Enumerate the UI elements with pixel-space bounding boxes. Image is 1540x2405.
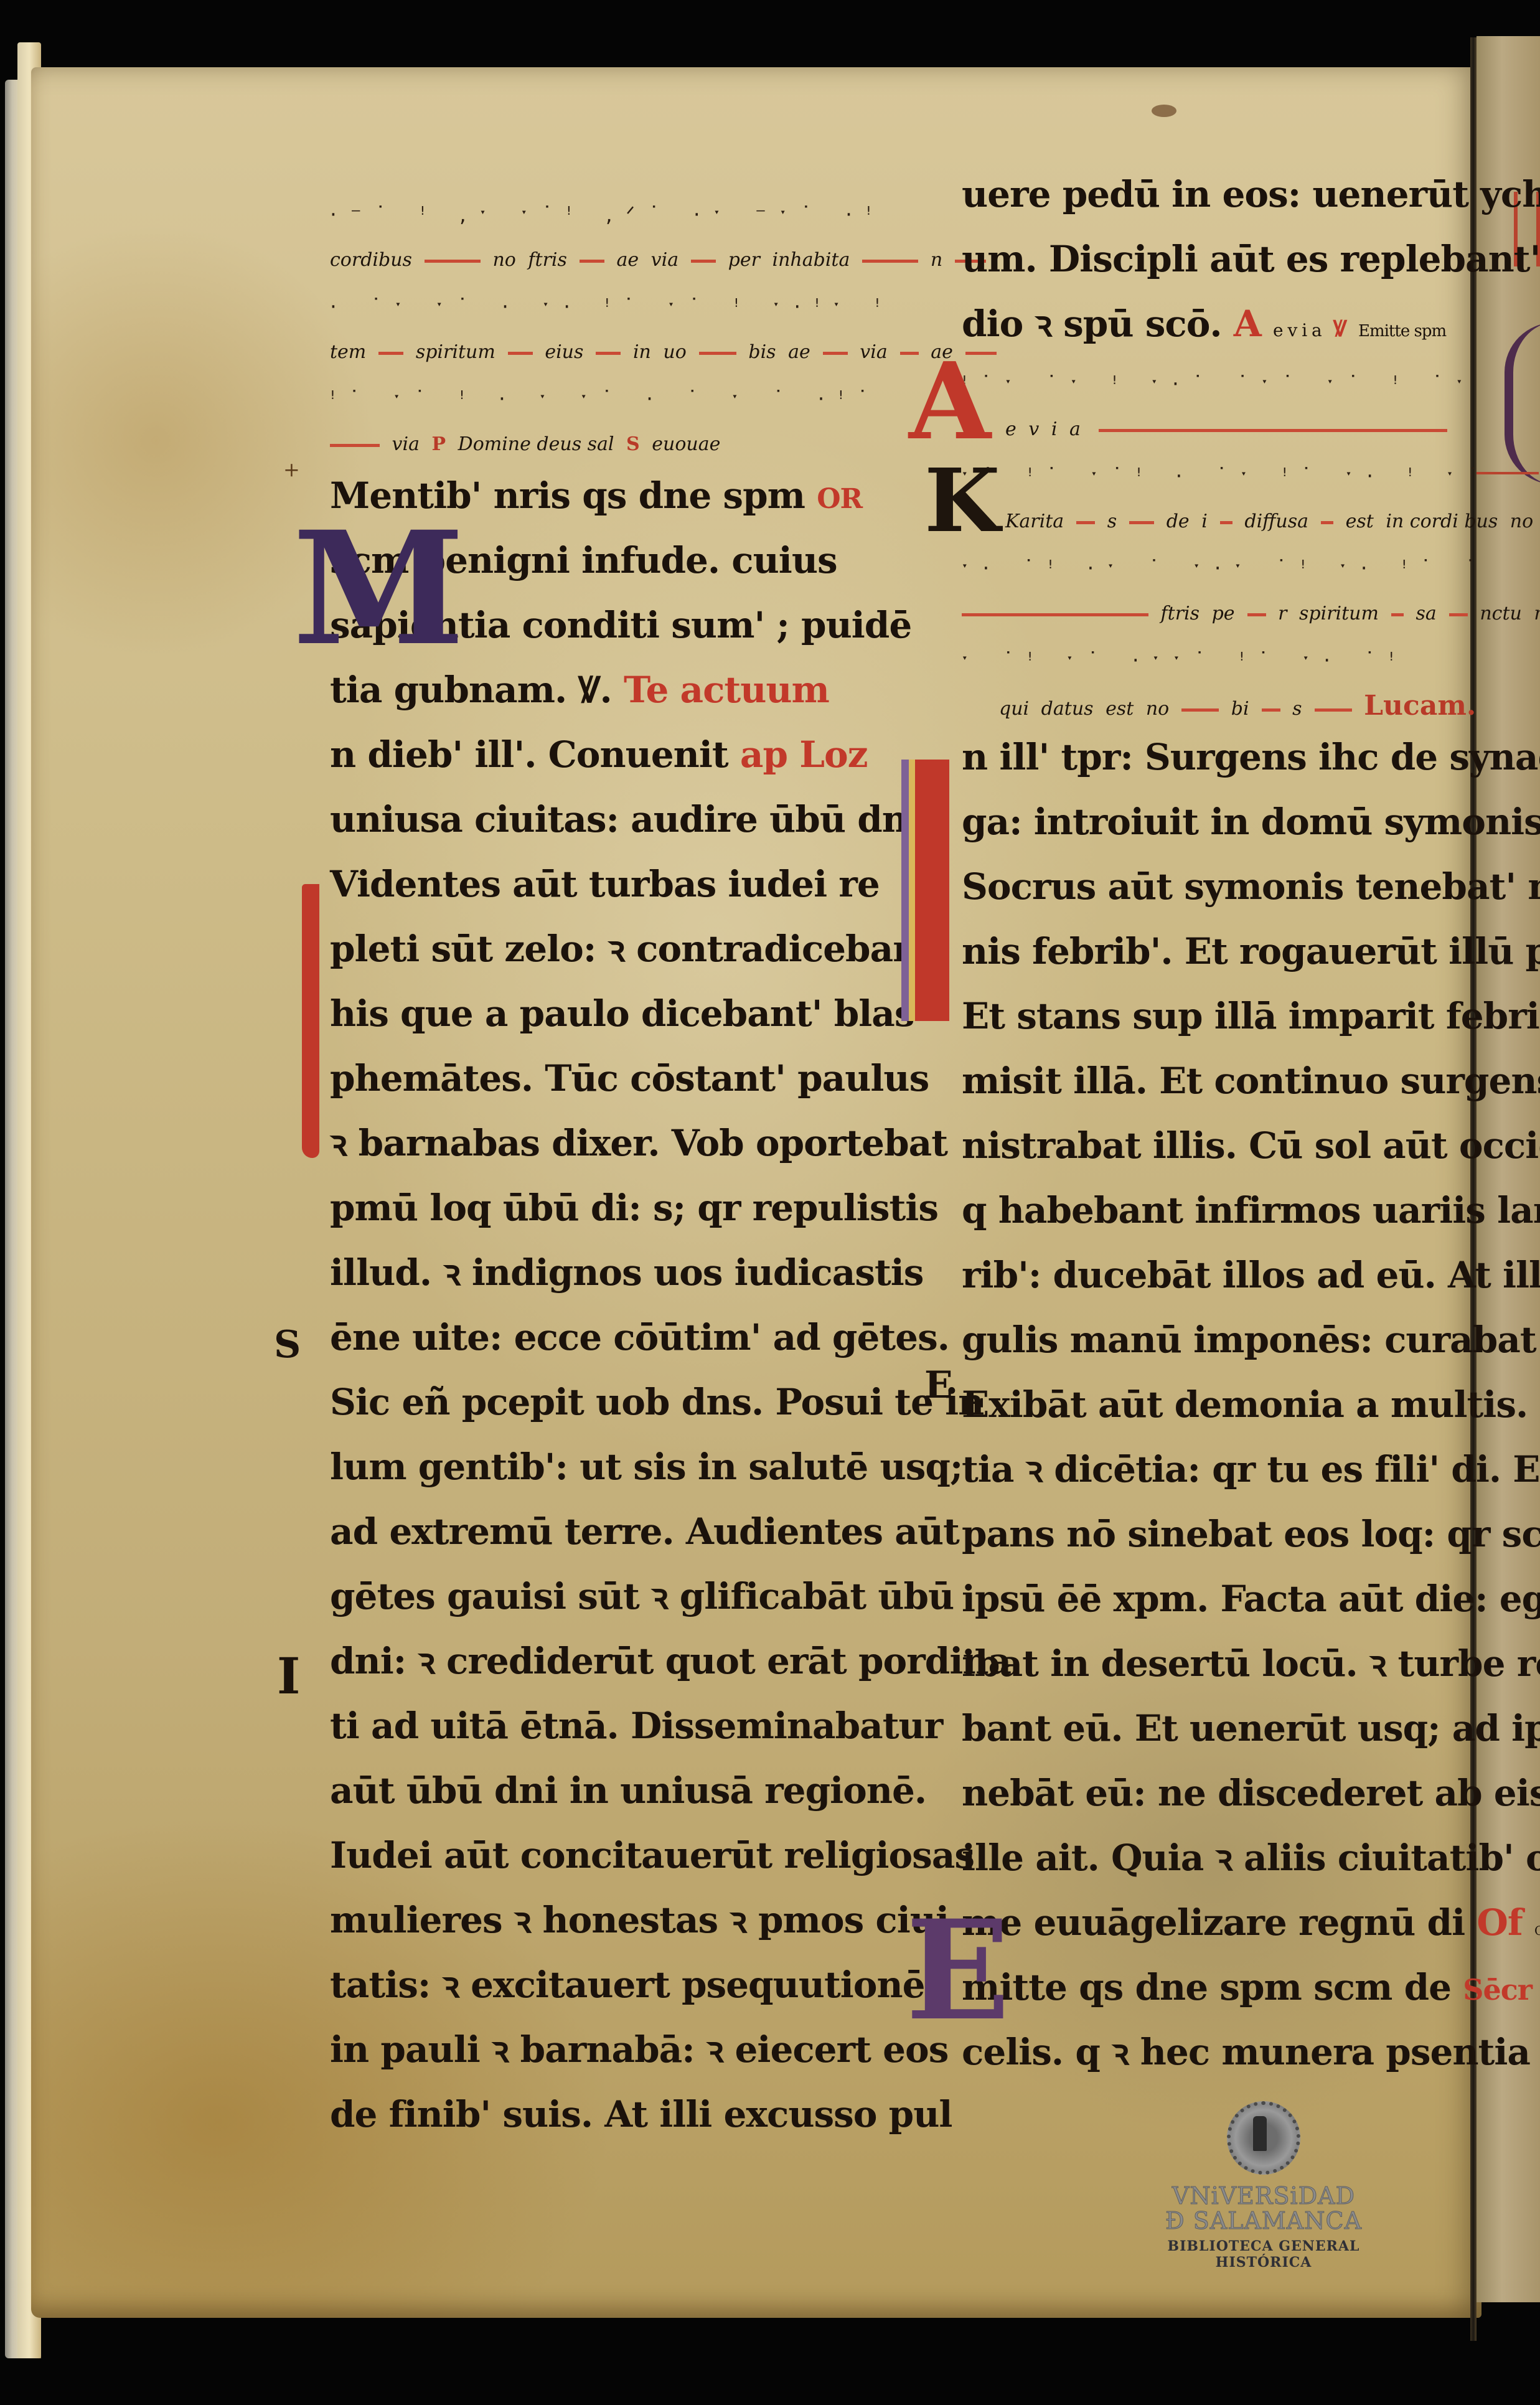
text-line: aūt ūbū dni in uniusā regionē. [330, 1758, 903, 1823]
adjacent-initial-purple [1505, 322, 1540, 484]
text-line: Videntes aūt turbas iudei re [330, 852, 903, 916]
initial-i-red [302, 884, 319, 1158]
text-line: gētes gauisi sūt ꝛ glificabāt ūbū [330, 1564, 903, 1629]
text-line: Socrus aūt symonis tenebat' mag [962, 854, 1478, 919]
neume-staff: ˑ˙ ꜝ˙ ˑ˙ꜝ · ˙ˑ ꜝ˙ ˑ· ꜝ ˑ˙ˑ [962, 448, 1478, 504]
text-line: uniusa ciuitas: audire ūbū dni. [330, 787, 903, 852]
text-line: Exibāt aūt demonia a multis. clamā [962, 1372, 1478, 1437]
neume-staff: ꜝ˙ˑ ˙ˑ ꜝ ˑ·˙ ˙ˑ˙ ˑ˙ ꜝ ˙ˑ ··ˑˑ [962, 356, 1478, 412]
initial-e: E [924, 1363, 953, 1407]
chant-line: ftris pe r spiritum sa nctu m [962, 599, 1478, 629]
text-line: uere pedū in eos: uenerūt ychoni [962, 162, 1478, 227]
text-line: ga: introiuit in domū symonis. [962, 789, 1478, 854]
text-line: Iudei aūt concitauerūt religiosas [330, 1823, 903, 1888]
text-line: nistrabat illis. Cū sol aūt occidisset. … [962, 1113, 1478, 1178]
initial-k: K [924, 458, 1000, 545]
text-line: rib': ducebāt illos ad eū. At ille sin [962, 1243, 1478, 1307]
right-column: uere pedū in eos: uenerūt ychoni um. Dis… [962, 162, 1478, 2084]
lection-text: Mentib' nris qs dne spm OR scm benigni i… [330, 463, 903, 2147]
text-line: dni: ꝛ crediderūt quot erāt pordina [330, 1629, 903, 1693]
adjacent-folio [1477, 36, 1540, 2302]
text-line: um. Discipli aūt es replebant' gau [962, 227, 1478, 291]
adjacent-ruling [1477, 472, 1539, 474]
text-line: ti ad uitā ētnā. Disseminabatur [330, 1693, 903, 1758]
text-line: dio ꝛ spū scō. A e v i a Ꝟ Emitte spm [962, 291, 1478, 356]
text-line: Et stans sup illā imparit febri: ꝛ di [962, 984, 1478, 1048]
chant-line: e v i a [962, 415, 1478, 445]
text-line: mitte qs dne spm scm de Sēcr [962, 1955, 1478, 2020]
initial-a-red: A [909, 349, 991, 454]
chant-line: Karita s de i diffusa est in cordi bus n… [962, 507, 1478, 537]
text-line: ad extremū terre. Audientes aūt [330, 1499, 903, 1564]
text-line: mulieres ꝛ honestas ꝛ pmos ciui [330, 1888, 903, 1952]
chant-line: qui datus est no bi s Lucam. [962, 691, 1478, 721]
initial-i-black: I [277, 1647, 300, 1705]
text-line: n ill' tpr: Surgens ihc de synago [962, 725, 1478, 789]
text-line: ibat in desertū locū. ꝛ turbe requi [962, 1631, 1478, 1696]
university-seal-icon [1227, 2101, 1300, 2175]
neume-staff: ·⁻˙ ꜝ ,ˑ ˑ˙ꜝ ,ᐟ˙ ·ˑ ⁻ˑ˙ ·ꜝ ˑ˙ ˙ꜝ [330, 187, 903, 243]
text-line: in pauli ꝛ barnabā: ꝛ eiecert eos [330, 2017, 903, 2082]
chant-line: cordibus no ftris ae via per inhabita n [330, 245, 903, 275]
text-line: nebāt eū: ne discederet ab eis. Quib' [962, 1761, 1478, 1825]
text-line: ipsū ēē xpm. Facta aūt die: egressus [962, 1566, 1478, 1631]
text-line: me euuāgelizare regnū di Of Confirma hoc [962, 1890, 1478, 1955]
neume-staff: · ˙ˑ ˑ˙ · ˑ· ꜝ˙ ˑ˙ ꜝ ˑ·ꜝˑ ꜝ ˑ·ˑ [330, 279, 903, 335]
watermark-library: BIBLIOTECA GENERAL HISTÓRICA [1127, 2238, 1401, 2271]
library-watermark: VNiVERSiDAD Ð SALAMANCA BIBLIOTECA GENER… [1127, 2101, 1401, 2271]
text-line: Sic eñ pcepit uob dns. Posui te in [330, 1370, 903, 1434]
text-line: ꝛ barnabas dixer. Vob oportebat [330, 1111, 903, 1175]
text-line: illud. ꝛ indignos uos iudicastis [330, 1240, 903, 1305]
initial-i-red-gold [909, 760, 949, 1021]
text-line: nis febrib'. Et rogauerūt illū pro ea. [962, 919, 1478, 984]
gospel-text: n ill' tpr: Surgens ihc de synago ga: in… [962, 725, 1478, 2084]
text-line: phemātes. Tūc cōstant' paulus [330, 1046, 903, 1111]
manuscript-viewer: + ·⁻˙ ꜝ ,ˑ ˑ˙ꜝ ,ᐟ˙ ·ˑ ⁻ˑ˙ ·ꜝ ˑ˙ ˙ꜝ cordi… [0, 0, 1540, 2405]
neume-staff: ˑ· ˙ꜝ ·ˑ ˙ ˑ·ˑ ˙ꜝ ˑ· ꜝ˙ ˙ˑ [962, 540, 1478, 596]
text-line: de finib' suis. At illi excusso pul [330, 2082, 903, 2147]
watermark-city: Ð SALAMANCA [1127, 2208, 1401, 2233]
chant-line: tem spiritum eius in uo bis ae via ae [330, 337, 903, 367]
text-line: bant eū. Et uenerūt usq; ad ipsū ꝛ deti [962, 1696, 1478, 1761]
stain [1152, 105, 1176, 117]
text-line: his que a paulo dicebant' blas [330, 981, 903, 1046]
margin-cross-mark: + [283, 458, 300, 481]
text-line: ille ait. Quia ꝛ aliis ciuitatib' opor [962, 1825, 1478, 1890]
text-line: celis. q ꝛ hec munera psentia [962, 2020, 1478, 2084]
initial-e-purple: E [906, 1902, 1010, 2039]
text-line: q habebant infirmos uariis langō [962, 1178, 1478, 1243]
text-line: gulis manū imponēs: curabat eos. [962, 1307, 1478, 1372]
initial-s: S [274, 1323, 301, 1367]
text-line: pans nō sinebat eos loq: qr sciebant [962, 1502, 1478, 1566]
text-line: pmū loq ūbū di: s; qr repulistis [330, 1175, 903, 1240]
text-line: ēne uite: ecce cōūtim' ad gētes. [330, 1305, 903, 1370]
watermark-university: VNiVERSiDAD [1127, 2183, 1401, 2208]
text-line: n dieb' ill'. Conuenit ap Loz [330, 722, 903, 787]
text-line: tia ꝛ dicētia: qr tu es fili' di. Et inc… [962, 1437, 1478, 1502]
text-line: lum gentib': ut sis in salutē usq; [330, 1434, 903, 1499]
text-line: pleti sūt zelo: ꝛ contradicebant [330, 916, 903, 981]
left-column: ·⁻˙ ꜝ ,ˑ ˑ˙ꜝ ,ᐟ˙ ·ˑ ⁻ˑ˙ ·ꜝ ˑ˙ ˙ꜝ cordibu… [330, 187, 903, 2147]
text-line: misit illā. Et continuo surgens mi [962, 1048, 1478, 1113]
initial-m-purple: M [293, 511, 465, 666]
text-line: tatis: ꝛ excitauert psequutionē [330, 1952, 903, 2017]
neume-staff: ˑ ˙ꜝ ˑ˙ ·ˑˑ˙ ꜝ˙ ˑ· ˙ꜝ [962, 633, 1478, 689]
neume-staff: ꜝ˙ ˑ˙ ꜝ · ˑ ˑ˙ · ˙ ˑ ˙ ·ꜝ˙ [330, 371, 903, 427]
chant-line: via P Domine deus sal S euouae [330, 430, 903, 459]
